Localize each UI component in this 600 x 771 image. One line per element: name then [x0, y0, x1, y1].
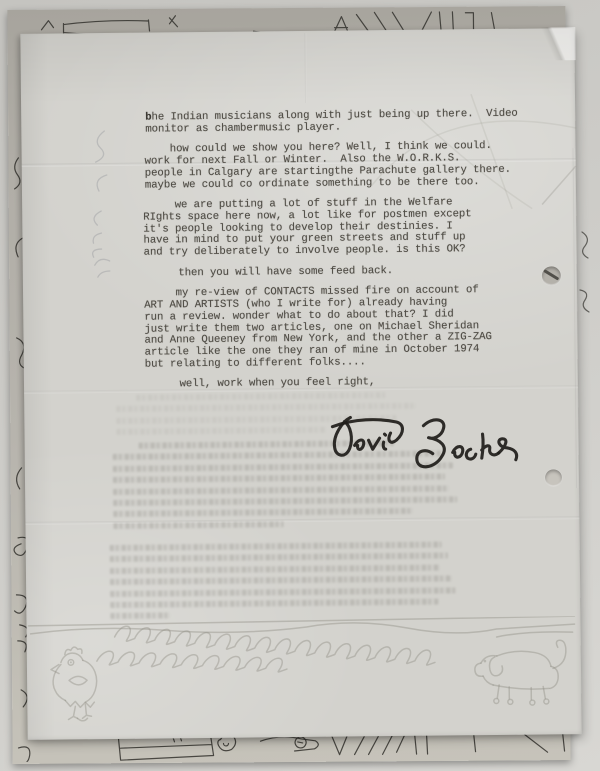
letter-line: monitor as chambermusic player. [145, 120, 518, 136]
letter-page: bhe Indian musicians along with just bei… [20, 28, 581, 740]
letter-paragraph: then you will have some feed back. [147, 264, 520, 280]
fold-crease-vertical [304, 33, 307, 103]
letter-paragraph: how could we show you here? Well, I thin… [144, 141, 518, 192]
letter-paragraph: bhe Indian musicians along with just bei… [145, 109, 518, 136]
bleed-through-line [116, 427, 326, 435]
bleed-through-line [110, 599, 438, 608]
dog-drawing [475, 640, 567, 706]
letter-paragraph: well, work when you feel right, [148, 376, 521, 392]
bleed-through-line [110, 553, 448, 563]
bleed-through-line [136, 392, 386, 401]
letter-line: but relating to different folks.... [145, 355, 521, 371]
bird-drawing [51, 647, 97, 721]
bleed-through-line [113, 496, 457, 506]
pen-marks-right-edge [574, 228, 598, 320]
letter-line: and try deliberately to involve people. … [144, 244, 520, 260]
letter-line: maybe we could co ordinate something to … [145, 176, 519, 192]
bleed-through-line [113, 521, 283, 529]
bleed-through-text [110, 541, 457, 624]
corner-fold [527, 27, 575, 61]
bleed-through-line [113, 508, 413, 517]
bleed-through-handwriting [76, 123, 123, 283]
punch-hole-bottom [545, 469, 562, 486]
bleed-through-line [110, 576, 452, 586]
letter-line: then you will have some feed back. [147, 264, 520, 280]
typed-letter-body: bhe Indian musicians along with just bei… [145, 109, 521, 401]
bleed-through-line [110, 613, 170, 620]
bleed-through-drawings [26, 616, 581, 740]
bleed-through-line [110, 564, 440, 573]
bleed-through-line [113, 485, 449, 495]
letter-paragraph: we are putting a lot of stuff in the Wel… [143, 197, 519, 259]
bleed-through-line [110, 587, 456, 597]
bleed-through-line [110, 542, 442, 551]
punch-hole-top [542, 266, 561, 285]
signature-david-zack [320, 407, 531, 479]
letter-paragraph: my re-view of CONTACTS missed fire on ac… [144, 285, 520, 371]
photo-background: bhe Indian musicians along with just bei… [0, 0, 600, 771]
letter-line: well, work when you feel right, [148, 376, 521, 392]
